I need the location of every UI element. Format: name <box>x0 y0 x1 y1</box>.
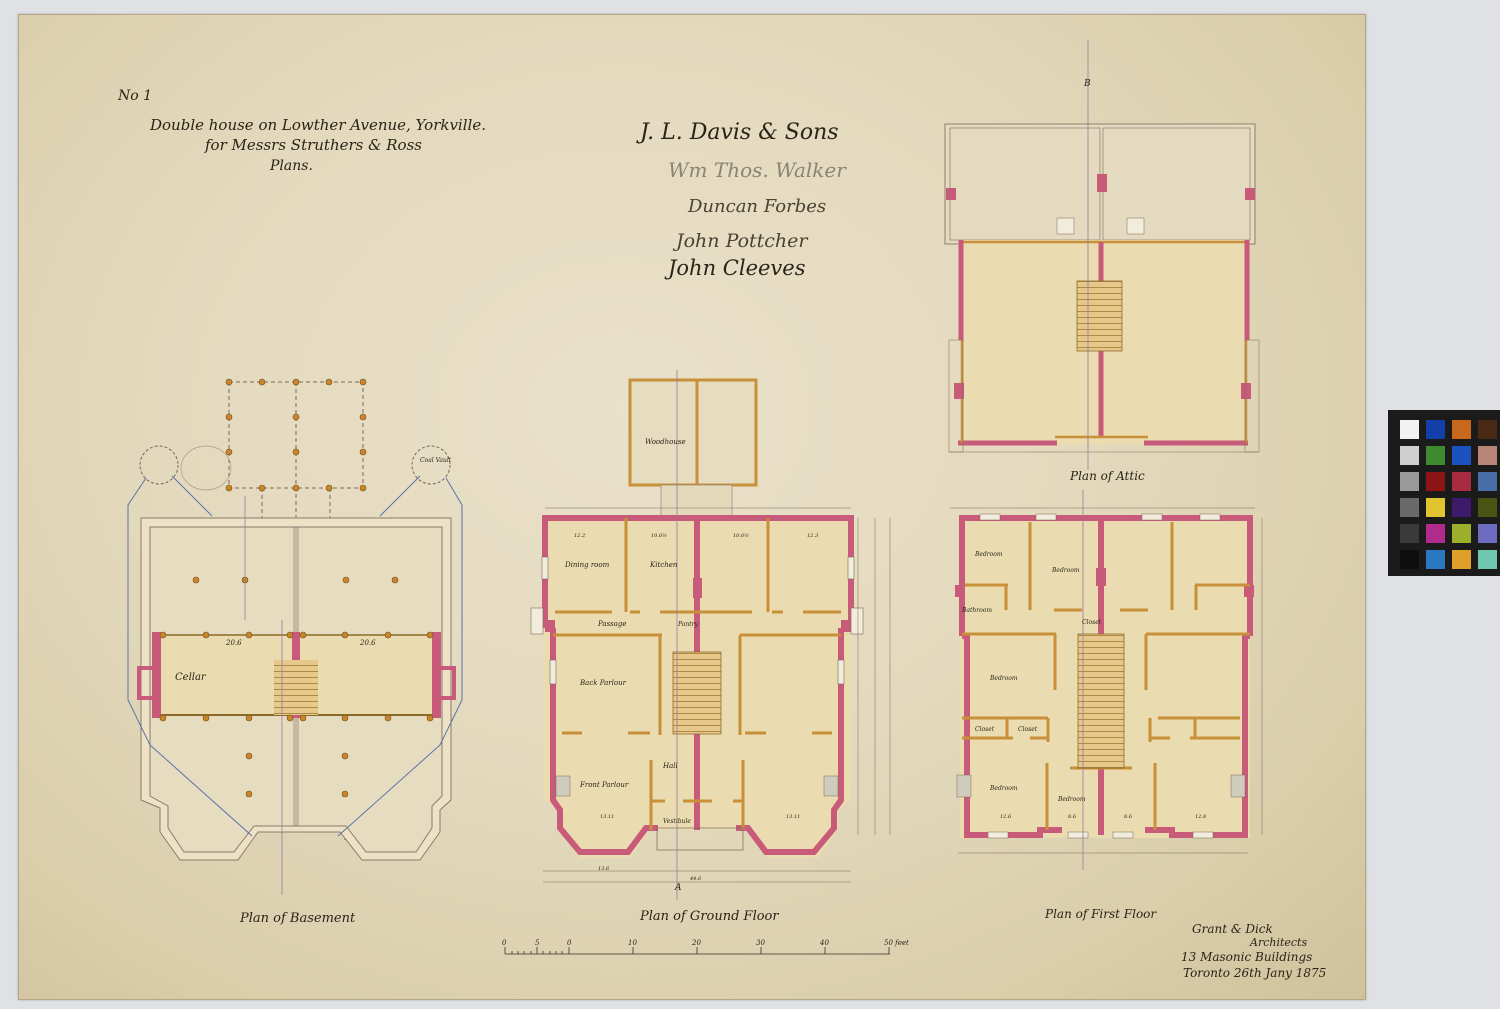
color-chip <box>1426 524 1445 543</box>
basement-plan <box>128 379 462 895</box>
room-label-closet-2: Closet <box>1018 726 1038 733</box>
dim-basement-2: 20.6 <box>359 639 376 647</box>
room-label-pantry: Pantry <box>677 621 698 628</box>
architect-role: Architects <box>1250 936 1307 949</box>
attic-plan <box>945 40 1259 470</box>
color-chip <box>1478 524 1497 543</box>
ground-floor-plan <box>531 370 890 900</box>
room-label-bedroom-2: Bedroom <box>1051 567 1080 574</box>
color-chip <box>1400 524 1419 543</box>
scale-tick-20: 20 <box>691 939 701 947</box>
color-chip <box>1478 472 1497 491</box>
color-chip <box>1452 524 1471 543</box>
dim-ground-total: 44.6 <box>689 876 702 882</box>
room-label-bedroom-3: Bedroom <box>989 675 1018 682</box>
color-chip <box>1400 472 1419 491</box>
dim-ground-5: 13.11 <box>600 814 614 820</box>
basement-plan-label: Plan of Basement <box>239 911 356 926</box>
room-label-kitchen: Kitchen <box>649 561 678 569</box>
scale-tick-40: 40 <box>819 939 829 947</box>
dim-ground-2: 10.6½ <box>651 532 667 539</box>
color-chip <box>1400 550 1419 569</box>
dim-first-3: 8.6 <box>1124 814 1133 820</box>
room-label-closet-1: Closet <box>975 726 995 733</box>
scale-tick-10: 10 <box>628 939 637 947</box>
color-chip <box>1452 472 1471 491</box>
color-chip <box>1452 550 1471 569</box>
room-label-hall: Hall <box>662 762 678 770</box>
color-calibration-chart <box>1388 410 1500 576</box>
dim-ground-1: 12.2 <box>574 533 585 539</box>
dim-first-2: 8.6 <box>1068 814 1077 820</box>
room-label-closet-3: Closet <box>1082 619 1102 626</box>
room-label-passage: Passage <box>597 620 627 628</box>
dim-first-1: 12.6 <box>1000 814 1012 820</box>
color-chip <box>1452 446 1471 465</box>
scale-tick-0: 0 <box>502 939 507 947</box>
color-chip <box>1478 446 1497 465</box>
dim-ground-front: 13.6 <box>598 866 610 872</box>
room-label-bedroom-1: Bedroom <box>974 551 1003 558</box>
architect-date: Toronto 26th Jany 1875 <box>1183 966 1326 980</box>
color-chip <box>1452 498 1471 517</box>
dim-ground-4: 12.3 <box>807 533 818 539</box>
dim-basement-1: 20.6 <box>225 639 242 647</box>
room-label-bedroom-4: Bedroom <box>989 785 1018 792</box>
scale-tick-5: 5 <box>535 939 540 947</box>
color-chip <box>1426 498 1445 517</box>
dim-ground-3: 10.6½ <box>733 532 749 539</box>
color-chip <box>1426 472 1445 491</box>
first-floor-plan-label: Plan of First Floor <box>1044 907 1157 921</box>
room-label-bedroom-5: Bedroom <box>1057 796 1086 803</box>
room-label-woodhouse: Woodhouse <box>645 438 686 446</box>
room-label-bathroom: Bathroom <box>961 607 992 614</box>
color-chip <box>1400 498 1419 517</box>
scale-tick-30: 30 <box>756 939 765 947</box>
color-chip <box>1426 446 1445 465</box>
scale-bar <box>505 947 890 954</box>
room-label-front-parlour: Front Parlour <box>579 781 629 789</box>
color-chip <box>1426 420 1445 439</box>
color-chip <box>1426 550 1445 569</box>
color-chip <box>1400 446 1419 465</box>
scale-tick-50: 50 feet <box>884 939 909 947</box>
dim-ground-6: 13.11 <box>786 814 800 820</box>
color-chip <box>1478 550 1497 569</box>
color-chip <box>1478 420 1497 439</box>
floor-plans-drawing: Cellar Coal Vault 20.6 20.6 Plan of Base… <box>0 0 1500 1009</box>
room-label-cellar: Cellar <box>175 672 207 683</box>
section-mark-a: A <box>674 883 682 893</box>
attic-plan-label: Plan of Attic <box>1069 469 1145 483</box>
architect-name: Grant & Dick <box>1192 922 1273 936</box>
room-label-vestibule: Vestibule <box>663 818 691 825</box>
dim-first-4: 12.8 <box>1195 814 1206 820</box>
room-label-dining-room: Dining room <box>564 561 610 569</box>
scale-tick-0b: 0 <box>567 939 572 947</box>
coal-vault-label: Coal Vault <box>420 457 452 464</box>
ground-floor-plan-label: Plan of Ground Floor <box>639 909 779 924</box>
color-chip <box>1452 420 1471 439</box>
architect-address: 13 Masonic Buildings <box>1181 950 1312 964</box>
section-mark-b: B <box>1083 79 1091 89</box>
color-chip <box>1478 498 1497 517</box>
color-chip <box>1400 420 1419 439</box>
room-label-back-parlour: Back Parlour <box>579 679 627 687</box>
